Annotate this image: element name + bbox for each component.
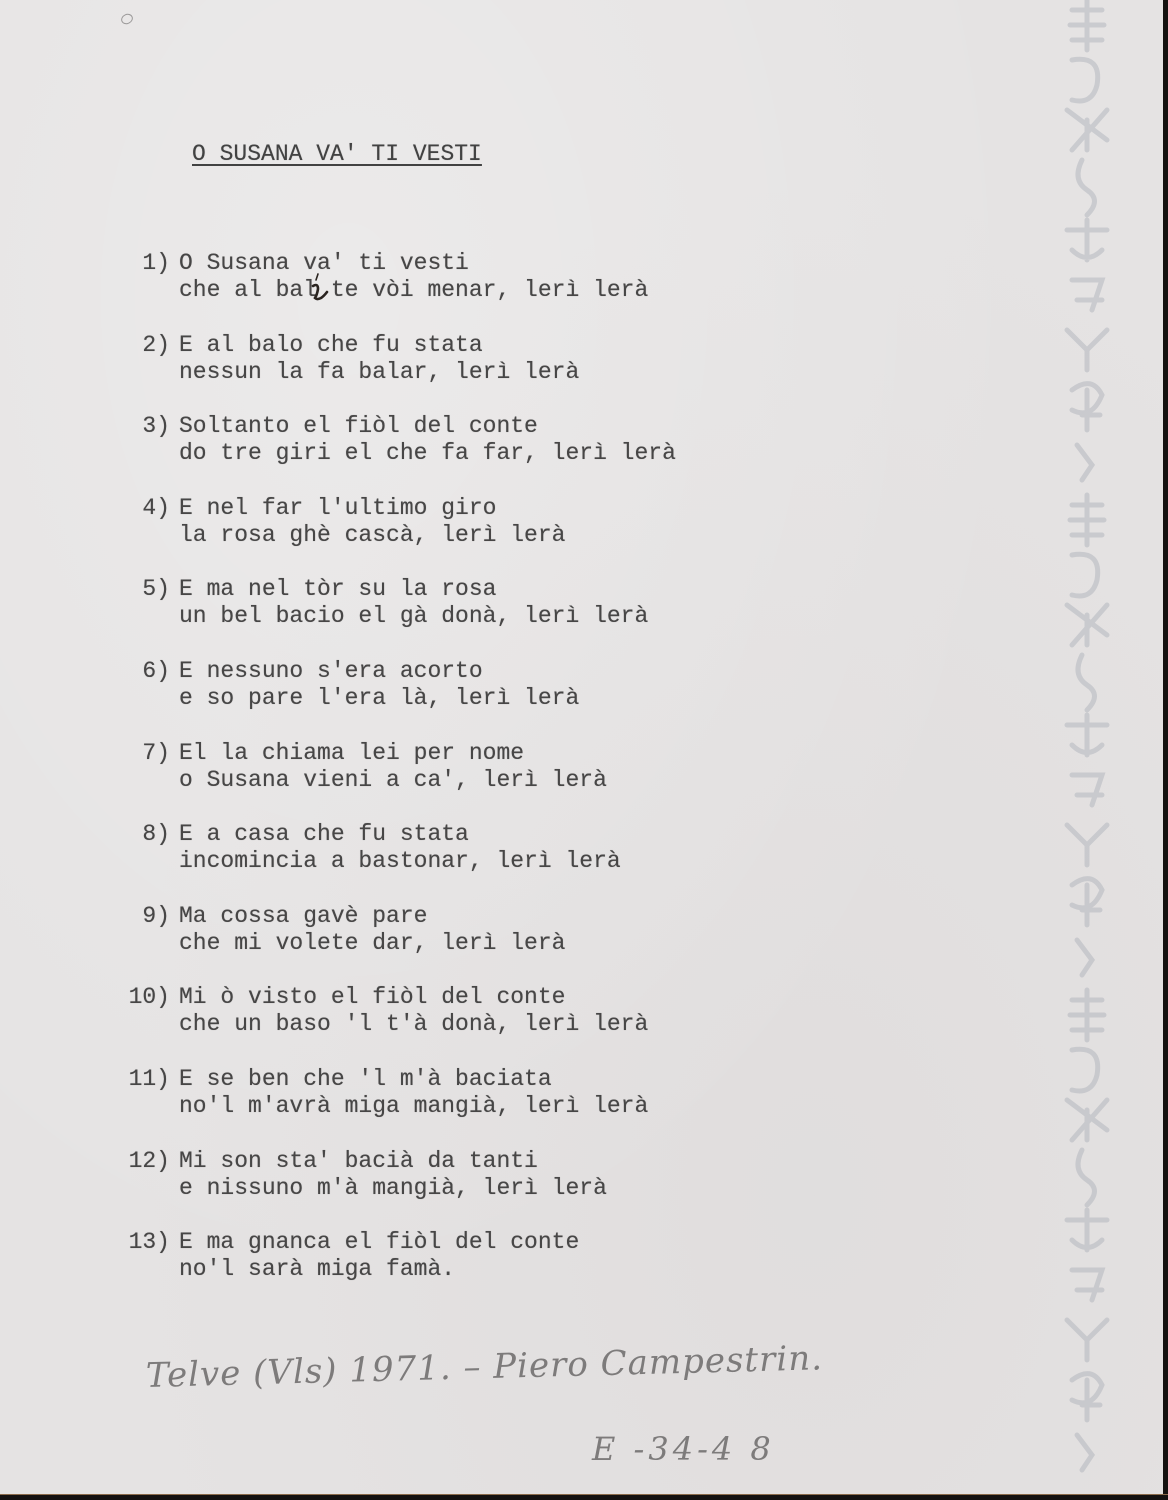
verse-line: no'l sarà miga famà. xyxy=(179,1256,455,1283)
stanza-number: 5) xyxy=(142,576,170,603)
stanza-number: 11) xyxy=(129,1066,170,1093)
verse-line: o Susana vieni a ca', lerì lerà xyxy=(179,767,607,794)
verse-line: Mi ò visto el fiòl del conte xyxy=(179,984,565,1011)
handwritten-catalogue-number: E -34-4 8 xyxy=(592,1430,775,1468)
scan-border-bottom xyxy=(0,1494,1168,1500)
verse-line: E al balo che fu stata xyxy=(179,332,483,359)
stanza-number: 10) xyxy=(129,984,170,1011)
verse-line: E nel far l'ultimo giro xyxy=(179,495,496,522)
stanza-number: 6) xyxy=(142,658,170,685)
verse-line: E ma nel tòr su la rosa xyxy=(179,576,496,603)
stanza-number: 7) xyxy=(142,740,170,767)
handwritten-provenance-note: Telve (Vls) 1971. – Piero Campestrin. xyxy=(145,1338,823,1396)
verse-line: E nessuno s'era acorto xyxy=(179,658,483,685)
verse-line: che al bal te vòi menar, lerì lerà xyxy=(179,277,648,304)
verse-line: no'l m'avrà miga mangià, lerì lerà xyxy=(179,1093,648,1120)
stanza-number: 13) xyxy=(129,1229,170,1256)
handwritten-accent-correction-icon xyxy=(307,272,329,304)
stanza-number: 12) xyxy=(129,1148,170,1175)
verse-line: incomincia a bastonar, lerì lerà xyxy=(179,848,621,875)
verse-line: El la chiama lei per nome xyxy=(179,740,524,767)
document-page: O SUSANA VA' TI VESTI 1)O Susana va' ti … xyxy=(0,0,1163,1494)
verse-line: nessun la fa balar, lerì lerà xyxy=(179,359,579,386)
scan-border-right xyxy=(1163,0,1168,1500)
stanza-number: 8) xyxy=(142,821,170,848)
verse-line: la rosa ghè cascà, lerì lerà xyxy=(179,522,565,549)
stanza-number: 9) xyxy=(142,903,170,930)
stanza-number: 4) xyxy=(142,495,170,522)
corner-pencil-mark xyxy=(119,12,134,26)
verse-line: che mi volete dar, lerì lerà xyxy=(179,930,565,957)
verse-line: Mi son sta' bacià da tanti xyxy=(179,1148,538,1175)
verse-line: E se ben che 'l m'à baciata xyxy=(179,1066,552,1093)
verse-line: e nissuno m'à mangià, lerì lerà xyxy=(179,1175,607,1202)
stanza-number: 3) xyxy=(142,413,170,440)
verse-line: do tre giri el che fa far, lerì lerà xyxy=(179,440,676,467)
verse-line: che un baso 'l t'à donà, lerì lerà xyxy=(179,1011,648,1038)
verse-line: E a casa che fu stata xyxy=(179,821,469,848)
stanza-number: 1) xyxy=(142,250,170,277)
stanza-number: 2) xyxy=(142,332,170,359)
verse-line: un bel bacio el gà donà, lerì lerà xyxy=(179,603,648,630)
verse-line: Ma cossa gavè pare xyxy=(179,903,427,930)
verse-line: E ma gnanca el fiòl del conte xyxy=(179,1229,579,1256)
verse-line: Soltanto el fiòl del conte xyxy=(179,413,538,440)
song-title: O SUSANA VA' TI VESTI xyxy=(192,141,482,167)
verse-line: e so pare l'era là, lerì lerà xyxy=(179,685,579,712)
paper-watermark-icon xyxy=(1052,0,1122,1494)
